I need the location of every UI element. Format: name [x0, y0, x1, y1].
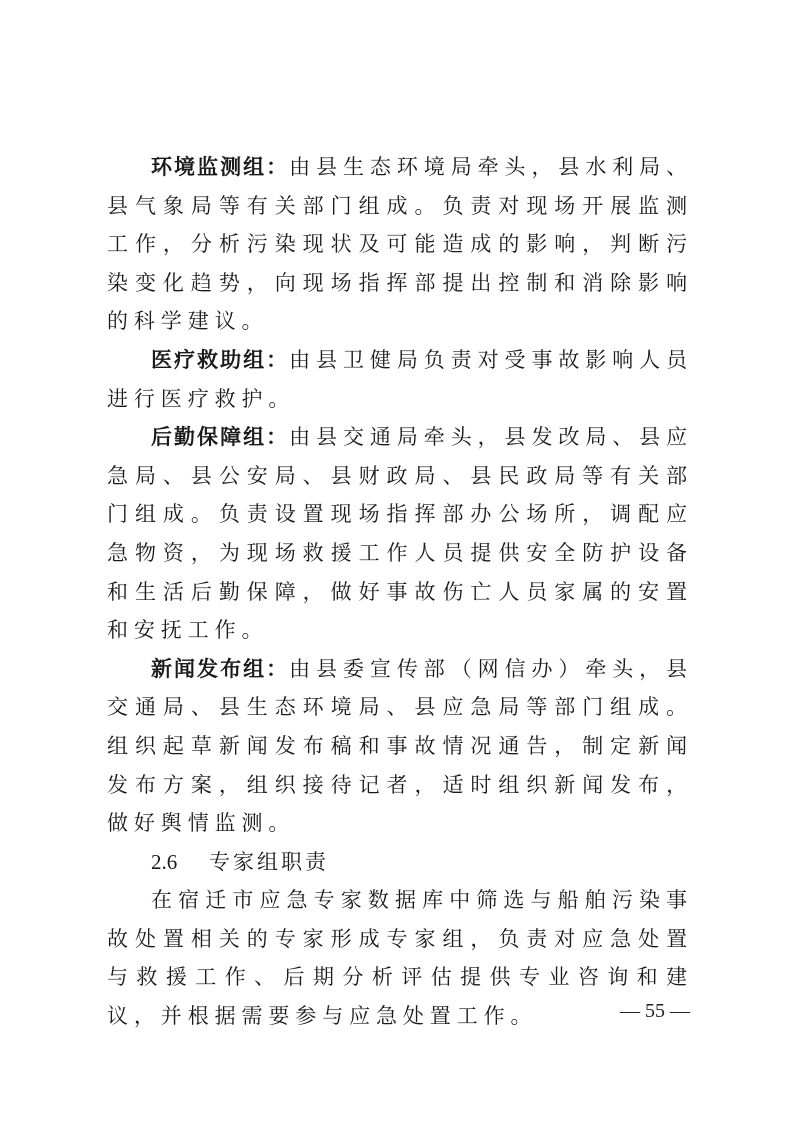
paragraph-news-release: 新闻发布组：由县委宣传部（网信办）牵头，县交通局、县生态环境局、县应急局等部门组…: [107, 650, 693, 843]
paragraph-text: 在宿迁市应急专家数据库中筛选与船舶污染事故处置相关的专家形成专家组，负责对应急处…: [107, 888, 693, 1028]
paragraph-text: 由县交通局牵头，县发改局、县应急局、县公安局、县财政局、县民政局等有关部门组成。…: [107, 425, 693, 642]
paragraph-medical-rescue: 医疗救助组：由县卫健局负责对受事故影响人员进行医疗救护。: [107, 341, 693, 418]
paragraph-text: 由县生态环境局牵头，县水利局、县气象局等有关部门组成。负责对现场开展监测工作，分…: [107, 155, 693, 333]
paragraph-lead: 新闻发布组：: [151, 656, 289, 681]
document-page: 环境监测组：由县生态环境局牵头，县水利局、县气象局等有关部门组成。负责对现场开展…: [107, 148, 693, 1036]
paragraph-logistics: 后勤保障组：由县交通局牵头，县发改局、县应急局、县公安局、县财政局、县民政局等有…: [107, 418, 693, 650]
page-number: — 55 —: [620, 1000, 700, 1023]
paragraph-text: 由县委宣传部（网信办）牵头，县交通局、县生态环境局、县应急局等部门组成。组织起草…: [107, 657, 693, 835]
paragraph-lead: 环境监测组：: [151, 154, 289, 179]
paragraph-lead: 医疗救助组：: [151, 347, 289, 372]
paragraph-environment-monitoring: 环境监测组：由县生态环境局牵头，县水利局、县气象局等有关部门组成。负责对现场开展…: [107, 148, 693, 341]
section-title: 专家组职责: [209, 850, 329, 874]
paragraph-lead: 后勤保障组：: [151, 424, 289, 449]
section-number: 2.6: [151, 843, 209, 882]
section-heading: 2.6专家组职责: [107, 843, 693, 882]
paragraph-expert-group: 在宿迁市应急专家数据库中筛选与船舶污染事故处置相关的专家形成专家组，负责对应急处…: [107, 881, 693, 1035]
